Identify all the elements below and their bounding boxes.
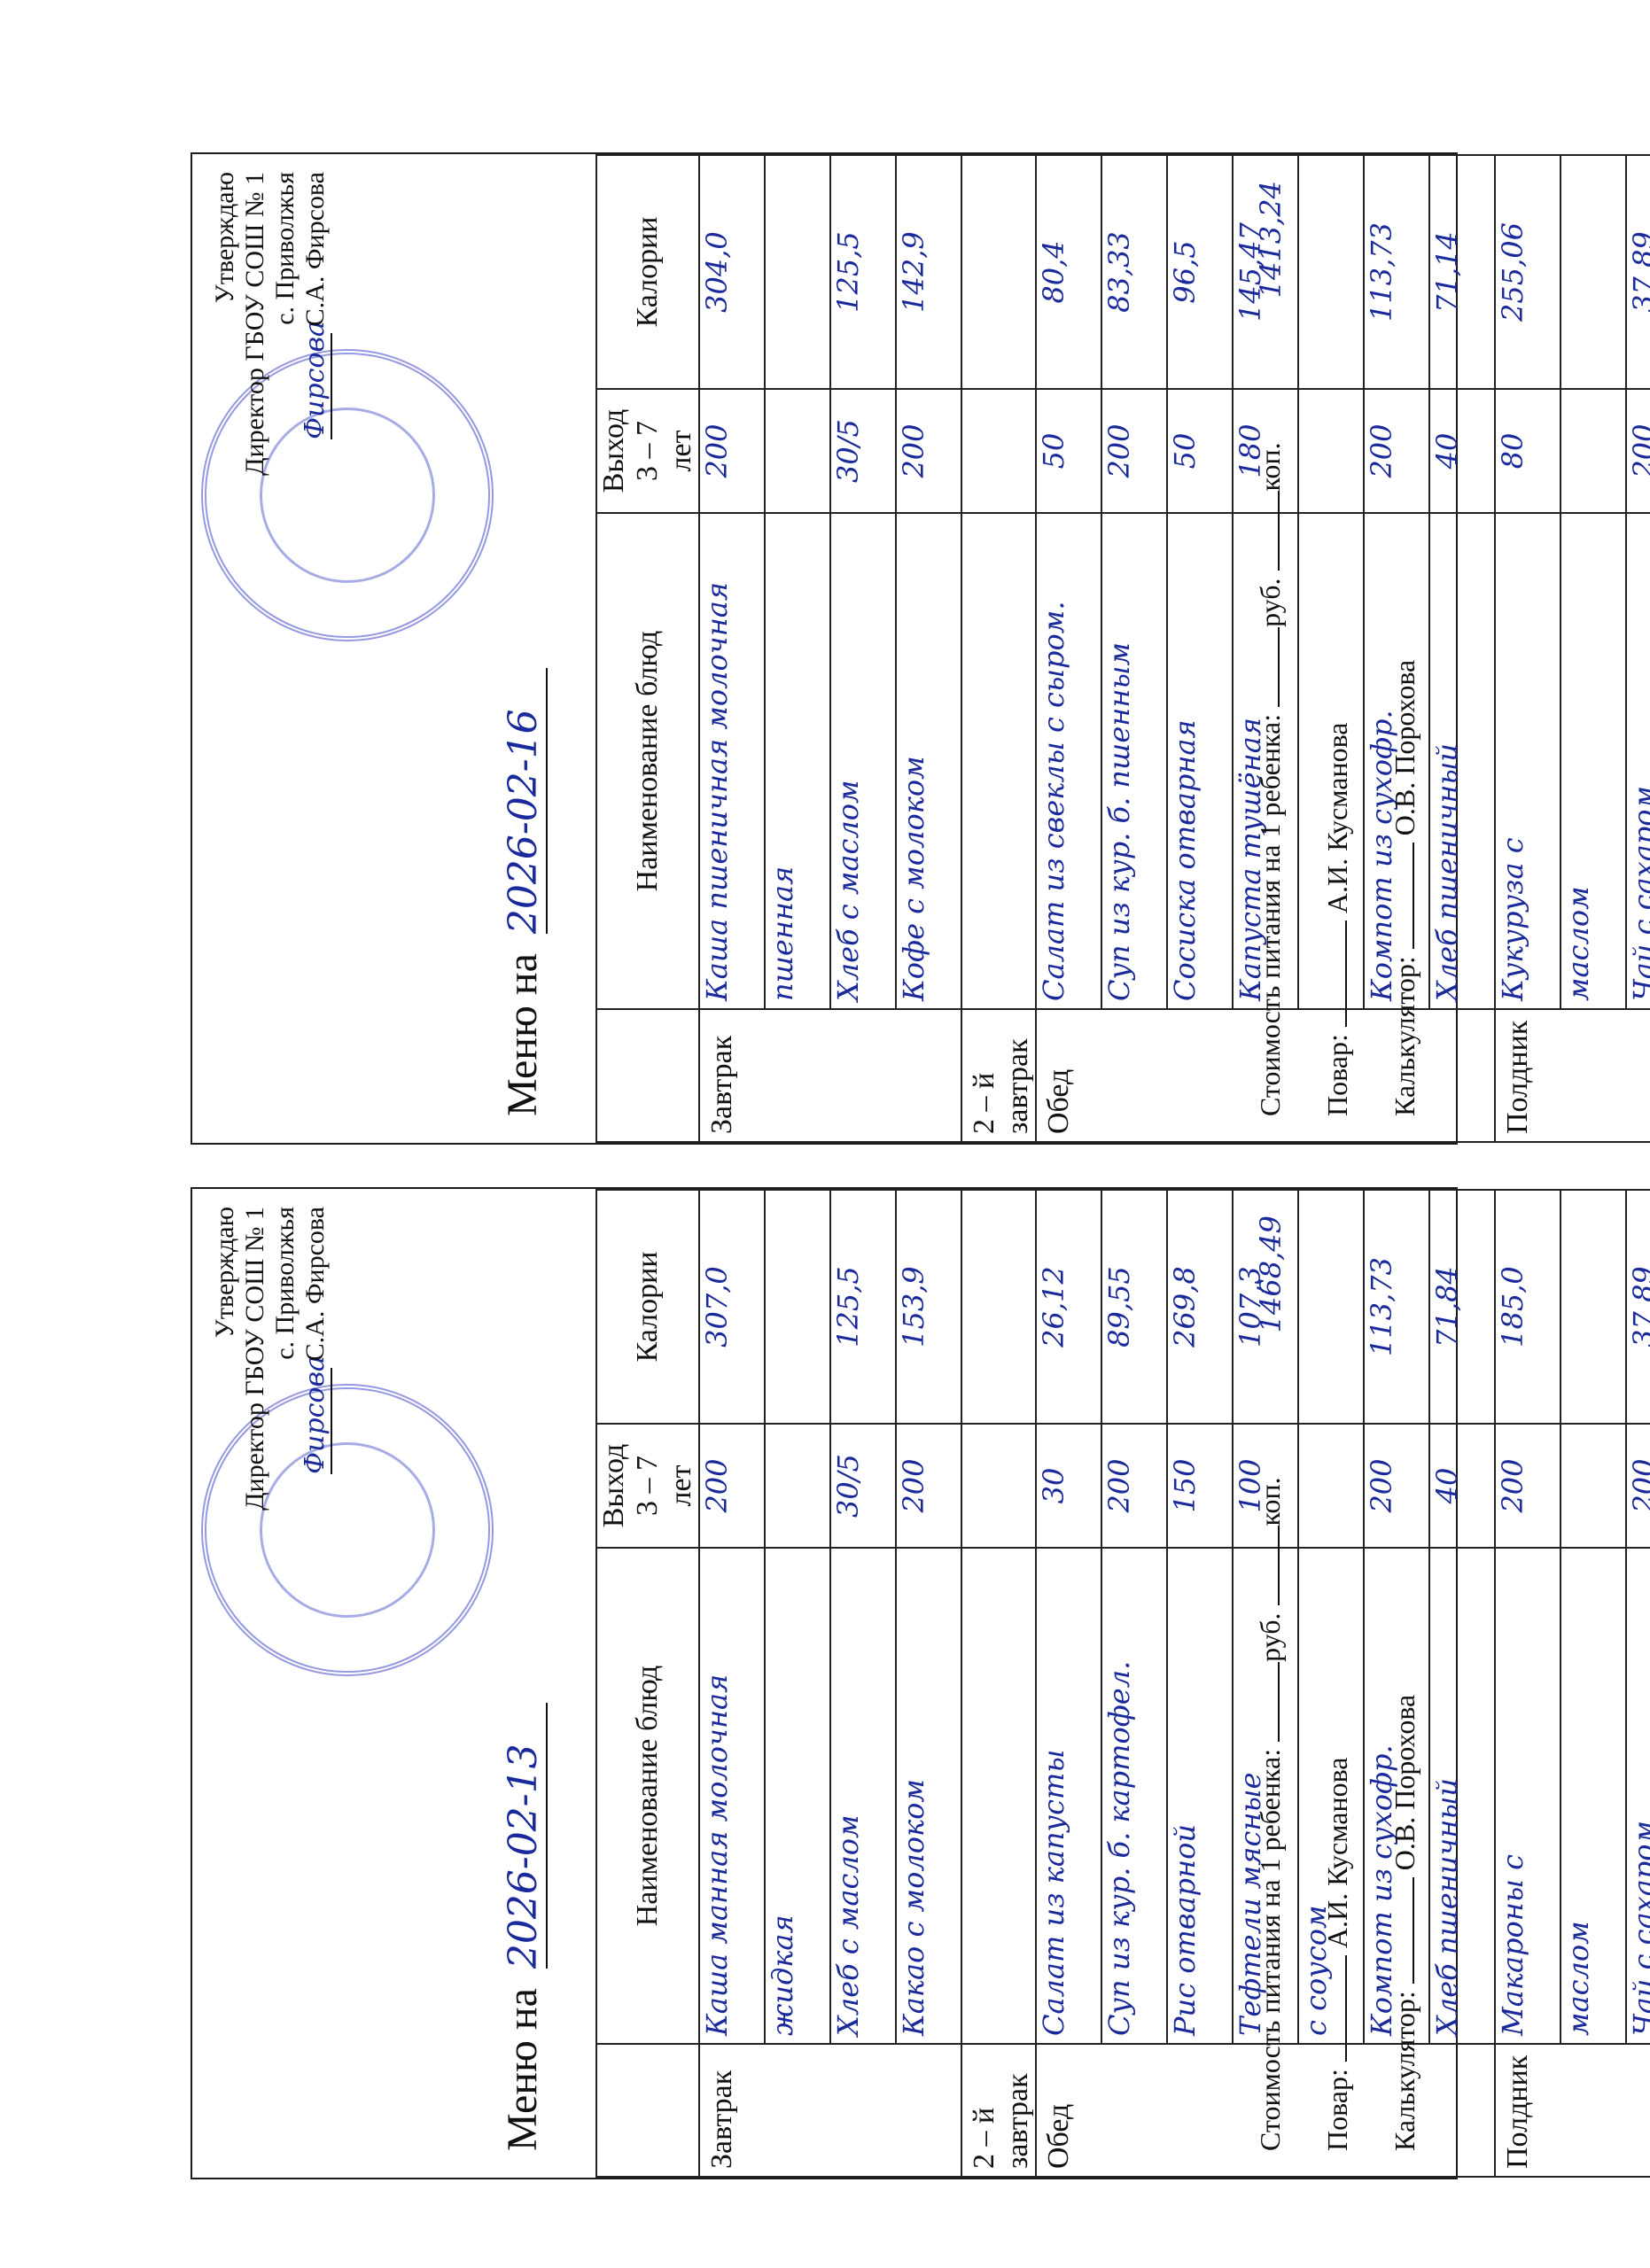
calculator-name: О.В. Порохова	[1389, 1695, 1420, 1870]
dish-output: 80	[1495, 389, 1560, 513]
dish-name: Кукуруза с	[1495, 513, 1560, 1009]
table-row: ЗавтракКаша пшеничная молочная200304,0	[699, 155, 765, 1142]
dish-name: Хлеб с маслом	[830, 513, 896, 1009]
dish-calories: 307,0	[699, 1190, 765, 1424]
output-age-label: 3 – 7 лет	[631, 1432, 698, 1540]
dish-name: Какао с молоком	[896, 1548, 961, 2044]
cost-line: Стоимость питания на 1 ребенка: руб. коп…	[1236, 1207, 1304, 2151]
dish-output	[961, 389, 1036, 513]
dish-output	[765, 1424, 830, 1548]
menu-title-label: Меню на	[499, 1988, 546, 2151]
table-row: Суп из кур. б. пшенным20083,33	[1101, 155, 1167, 1142]
director-name: С.А. Фирсова	[300, 172, 330, 326]
dish-calories: 71,84	[1429, 1190, 1495, 1424]
cook-name: А.И. Кусманова	[1321, 723, 1353, 914]
approval-block: Утверждаю Директор ГБОУ СОШ № 1 с. Приво…	[210, 172, 332, 476]
calculator-label: Калькулятор:	[1389, 956, 1420, 1116]
cook-signature	[1345, 1955, 1347, 2062]
meal-header	[596, 1009, 699, 1142]
dish-name-header: Наименование блюд	[596, 513, 699, 1009]
menu-footer: Стоимость питания на 1 ребенка: руб. коп…	[1236, 172, 1438, 1116]
kop-field	[1278, 491, 1280, 571]
menu-footer: Стоимость питания на 1 ребенка: руб. коп…	[1236, 1207, 1438, 2151]
rub-field	[1278, 627, 1280, 707]
dish-name: жидкая	[765, 1548, 830, 2044]
dish-calories: 304,0	[699, 155, 765, 389]
dish-calories: 269,8	[1167, 1190, 1233, 1424]
table-row: Хлеб с маслом30/5125,5	[830, 155, 896, 1142]
meal-label: Завтрак	[699, 2044, 961, 2177]
table-row: маслом	[1560, 1190, 1626, 2177]
menu-date: 2026-02-16	[501, 668, 548, 934]
dish-calories: 153,9	[896, 1190, 961, 1424]
dish-output: 200	[699, 1424, 765, 1548]
dish-output: 30/5	[830, 389, 896, 513]
cost-label: Стоимость питания на 1 ребенка:	[1254, 1749, 1286, 2151]
dish-calories: 185,0	[1495, 1190, 1560, 1424]
dish-name: Чай с сахаром	[1626, 1548, 1650, 2044]
dish-name: Суп из кур. б. картофел.	[1101, 1548, 1167, 2044]
meal-label: 2 – й завтрак	[961, 2044, 1036, 2177]
rub-field	[1278, 1662, 1280, 1742]
dish-name: пшенная	[765, 513, 830, 1009]
dish-name: Хлеб с маслом	[830, 1548, 896, 2044]
rub-label: руб.	[1254, 1612, 1286, 1661]
dish-calories: 80,4	[1036, 155, 1101, 389]
menu-title: Меню на 2026-02-13	[498, 1703, 548, 2151]
dish-name: Сосиска отварная	[1167, 513, 1233, 1009]
meal-label: Полдник	[1495, 2044, 1650, 2177]
dish-output: 200	[1626, 1424, 1650, 1548]
dish-calories	[961, 1190, 1036, 1424]
kop-label: коп.	[1254, 442, 1286, 491]
calculator-signature	[1413, 1877, 1414, 1984]
calculator-signature	[1413, 843, 1414, 949]
table-row: Чай с сахаром20037,89	[1626, 155, 1650, 1142]
cook-line: Повар: А.И. Кусманова	[1304, 172, 1371, 1116]
dish-calories	[765, 1190, 830, 1424]
table-row: маслом	[1560, 155, 1626, 1142]
table-row: пшенная	[765, 155, 830, 1142]
dish-output: 200	[1101, 1424, 1167, 1548]
dish-name: Каша манная молочная	[699, 1548, 765, 2044]
meal-label: Завтрак	[699, 1009, 961, 1142]
dish-calories: 83,33	[1101, 155, 1167, 389]
table-row: ПолдникКукуруза с80255,06	[1495, 155, 1560, 1142]
approval-signature-line: Фирсова С.А. Фирсова	[300, 1207, 332, 1511]
dish-name	[961, 1548, 1036, 2044]
meal-label: 2 – й завтрак	[961, 1009, 1036, 1142]
calculator-label: Калькулятор:	[1389, 1991, 1420, 2151]
dish-output: 200	[1626, 389, 1650, 513]
table-row: Чай с сахаром20037,89	[1626, 1190, 1650, 2177]
kop-label: коп.	[1254, 1477, 1286, 1526]
dish-output: 30	[1036, 1424, 1101, 1548]
approval-village: с. Приволжья	[270, 1207, 300, 1511]
dish-name: маслом	[1560, 513, 1626, 1009]
dish-output: 200	[1495, 1424, 1560, 1548]
dish-calories	[1560, 155, 1626, 389]
dish-name: Салат из капусты	[1036, 1548, 1101, 2044]
calculator-name: О.В. Порохова	[1389, 660, 1420, 835]
director-name: С.А. Фирсова	[300, 1207, 330, 1361]
menu-table: Наименование блюд Выход 3 – 7 лет Калори…	[595, 1189, 1650, 2178]
table-row: 2 – й завтрак	[961, 155, 1036, 1142]
dish-output: 40	[1429, 1424, 1495, 1548]
dish-calories: 125,5	[830, 1190, 896, 1424]
approval-director: Директор ГБОУ СОШ № 1	[240, 172, 270, 476]
dish-calories	[1560, 1190, 1626, 1424]
dish-name: Макароны с	[1495, 1548, 1560, 2044]
dish-output	[1560, 1424, 1626, 1548]
dish-calories: 71,14	[1429, 155, 1495, 389]
dish-name: Салат из свеклы с сыром.	[1036, 513, 1101, 1009]
dish-output: 40	[1429, 389, 1495, 513]
approval-title: Утверждаю	[210, 1207, 240, 1511]
kop-field	[1278, 1526, 1280, 1605]
dish-name: Хлеб пшеничный	[1429, 1548, 1495, 2044]
approval-director: Директор ГБОУ СОШ № 1	[240, 1207, 270, 1511]
dish-calories: 255,06	[1495, 155, 1560, 389]
calories-header: Калории	[596, 1190, 699, 1424]
dish-name: Кофе с молоком	[896, 513, 961, 1009]
cook-line: Повар: А.И. Кусманова	[1304, 1207, 1371, 2151]
cost-line: Стоимость питания на 1 ребенка: руб. коп…	[1236, 172, 1304, 1116]
dish-output: 50	[1036, 389, 1101, 513]
table-row: ЗавтракКаша манная молочная200307,0	[699, 1190, 765, 2177]
menu-header: Утверждаю Директор ГБОУ СОШ № 1 с. Приво…	[192, 1189, 597, 2178]
menu-table: Наименование блюд Выход 3 – 7 лет Калори…	[595, 154, 1650, 1143]
meal-label: Полдник	[1495, 1009, 1650, 1142]
dish-output: 200	[1101, 389, 1167, 513]
dish-output: 200	[699, 389, 765, 513]
dish-output	[961, 1424, 1036, 1548]
calculator-line: Калькулятор: О.В. Порохова	[1371, 172, 1438, 1116]
table-row: Какао с молоком200153,9	[896, 1190, 961, 2177]
table-row: ОбедСалат из свеклы с сыром.5080,4	[1036, 155, 1101, 1142]
table-row: Хлеб пшеничный4071,84	[1429, 1190, 1495, 2177]
dish-calories: 37,89	[1626, 155, 1650, 389]
calculator-line: Калькулятор: О.В. Порохова	[1371, 1207, 1438, 2151]
table-row: Сосиска отварная5096,5	[1167, 155, 1233, 1142]
dish-output	[1560, 389, 1626, 513]
approval-signature-line: Фирсова С.А. Фирсова	[300, 172, 332, 476]
dish-output: 30/5	[830, 1424, 896, 1548]
dish-name: Суп из кур. б. пшенным	[1101, 513, 1167, 1009]
approval-title: Утверждаю	[210, 172, 240, 476]
table-row: Суп из кур. б. картофел.20089,55	[1101, 1190, 1167, 2177]
menu-header: Утверждаю Директор ГБОУ СОШ № 1 с. Приво…	[192, 154, 597, 1143]
director-signature: Фирсова	[300, 1368, 332, 1474]
output-header: Выход 3 – 7 лет	[596, 1424, 699, 1548]
menu-title-label: Меню на	[499, 953, 546, 1116]
dish-calories: 26,12	[1036, 1190, 1101, 1424]
director-signature: Фирсова	[300, 333, 332, 439]
dish-output	[765, 389, 830, 513]
table-row: Рис отварной150269,8	[1167, 1190, 1233, 2177]
dish-name	[961, 513, 1036, 1009]
dish-name: Чай с сахаром	[1626, 513, 1650, 1009]
dish-output: 200	[896, 1424, 961, 1548]
dish-calories: 89,55	[1101, 1190, 1167, 1424]
scanned-page: Утверждаю Директор ГБОУ СОШ № 1 с. Приво…	[0, 0, 1650, 2268]
dish-name: Рис отварной	[1167, 1548, 1233, 2044]
dish-calories: 96,5	[1167, 155, 1233, 389]
output-header-label: Выход	[597, 397, 631, 505]
cook-label: Повар:	[1321, 1034, 1353, 1116]
meal-header	[596, 2044, 699, 2177]
table-row: Хлеб пшеничный4071,14	[1429, 155, 1495, 1142]
menu-form-2026-02-13: Утверждаю Директор ГБОУ СОШ № 1 с. Приво…	[191, 1187, 1458, 2179]
table-row: Хлеб с маслом30/5125,5	[830, 1190, 896, 2177]
cook-signature	[1345, 920, 1347, 1027]
dish-calories: 125,5	[830, 155, 896, 389]
dish-output: 200	[896, 389, 961, 513]
table-row: ПолдникМакароны с200185,0	[1495, 1190, 1560, 2177]
dish-name: Хлеб пшеничный	[1429, 513, 1495, 1009]
table-row: Кофе с молоком200142,9	[896, 155, 961, 1142]
table-row: 2 – й завтрак	[961, 1190, 1036, 2177]
output-age-label: 3 – 7 лет	[631, 397, 698, 505]
menu-form-2026-02-16: Утверждаю Директор ГБОУ СОШ № 1 с. Приво…	[191, 152, 1458, 1145]
dish-name: Каша пшеничная молочная	[699, 513, 765, 1009]
dish-calories	[765, 155, 830, 389]
output-header-label: Выход	[597, 1432, 631, 1540]
output-header: Выход 3 – 7 лет	[596, 389, 699, 513]
table-header-row: Наименование блюд Выход 3 – 7 лет Калори…	[596, 155, 699, 1142]
approval-village: с. Приволжья	[270, 172, 300, 476]
calories-header: Калории	[596, 155, 699, 389]
cook-name: А.И. Кусманова	[1321, 1758, 1353, 1949]
table-header-row: Наименование блюд Выход 3 – 7 лет Калори…	[596, 1190, 699, 2177]
table-row: жидкая	[765, 1190, 830, 2177]
table-row: ОбедСалат из капусты3026,12	[1036, 1190, 1101, 2177]
cook-label: Повар:	[1321, 2069, 1353, 2151]
cost-label: Стоимость питания на 1 ребенка:	[1254, 714, 1286, 1116]
dish-calories	[961, 155, 1036, 389]
approval-block: Утверждаю Директор ГБОУ СОШ № 1 с. Приво…	[210, 1207, 332, 1511]
dish-calories: 37,89	[1626, 1190, 1650, 1424]
dish-output: 50	[1167, 389, 1233, 513]
dish-name-header: Наименование блюд	[596, 1548, 699, 2044]
dish-output: 150	[1167, 1424, 1233, 1548]
dish-calories: 142,9	[896, 155, 961, 389]
menu-date: 2026-02-13	[501, 1703, 548, 1969]
dish-name: маслом	[1560, 1548, 1626, 2044]
rub-label: руб.	[1254, 578, 1286, 626]
menu-title: Меню на 2026-02-16	[498, 668, 548, 1116]
